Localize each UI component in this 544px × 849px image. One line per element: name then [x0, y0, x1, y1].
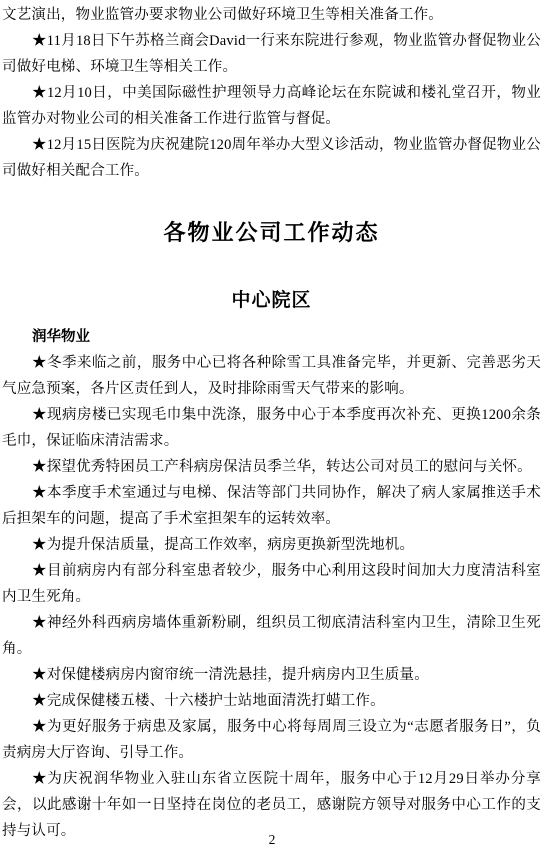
company-name-heading: 润华物业: [2, 324, 541, 350]
work-item: ★完成保健楼五楼、十六楼护士站地面清洗打蜡工作。: [2, 688, 541, 714]
work-item: ★现病房楼已实现毛巾集中洗涤，服务中心于本季度再次补充、更换1200余条毛巾，保…: [2, 402, 541, 454]
work-item: ★为更好服务于病患及家属，服务中心将每周周三设立为“志愿者服务日”，负责病房大厅…: [2, 714, 541, 766]
document-page: 文艺演出，物业监管办要求物业公司做好环境卫生等相关准备工作。 ★11月18日下午…: [0, 0, 544, 849]
work-item: ★冬季来临之前，服务中心已将各种除雪工具准备完毕，并更新、完善恶劣天气应急预案，…: [2, 350, 541, 402]
subsection-title: 中心院区: [2, 288, 541, 314]
work-item-list: ★冬季来临之前，服务中心已将各种除雪工具准备完毕，并更新、完善恶劣天气应急预案，…: [2, 350, 541, 844]
intro-paragraph: ★12月10日，中美国际磁性护理领导力高峰论坛在东院诚和楼礼堂召开，物业监管办对…: [2, 80, 541, 132]
work-item: ★探望优秀特困员工产科病房保洁员季兰华，转达公司对员工的慰问与关怀。: [2, 454, 541, 480]
intro-paragraph: ★11月18日下午苏格兰商会David一行来东院进行参观，物业监管办督促物业公司…: [2, 28, 541, 80]
intro-paragraph-continued: 文艺演出，物业监管办要求物业公司做好环境卫生等相关准备工作。: [2, 2, 541, 28]
work-item: ★神经外科西病房墙体重新粉刷，组织员工彻底清洁科室内卫生，清除卫生死角。: [2, 610, 541, 662]
work-item: ★为提升保洁质量，提高工作效率，病房更换新型洗地机。: [2, 532, 541, 558]
work-item: ★对保健楼病房内窗帘统一清洗悬挂，提升病房内卫生质量。: [2, 662, 541, 688]
intro-paragraph: ★12月15日医院为庆祝建院120周年举办大型义诊活动，物业监管办督促物业公司做…: [2, 132, 541, 184]
work-item: ★目前病房内有部分科室患者较少，服务中心利用这段时间加大力度清洁科室内卫生死角。: [2, 558, 541, 610]
page-number: 2: [0, 832, 544, 848]
section-title: 各物业公司工作动态: [2, 218, 541, 248]
page-content: 文艺演出，物业监管办要求物业公司做好环境卫生等相关准备工作。 ★11月18日下午…: [0, 0, 544, 844]
work-item: ★本季度手术室通过与电梯、保洁等部门共同协作，解决了病人家属推送手术后担架车的问…: [2, 480, 541, 532]
